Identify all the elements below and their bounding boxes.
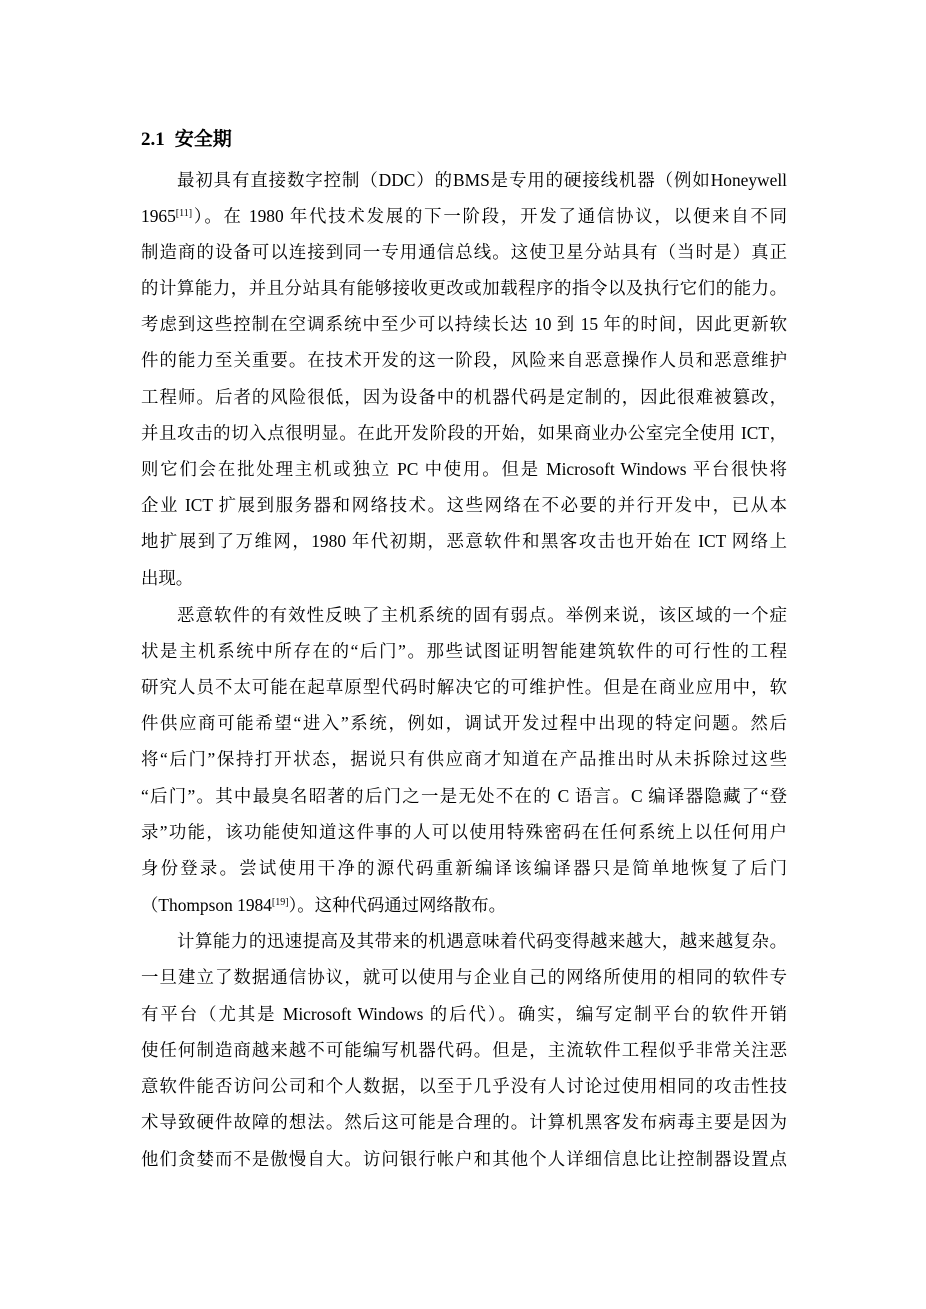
- paragraph-1-line-2: 1965[11]）。在 1980 年代技术发展的下一阶段，开发了通信协议，以便来…: [141, 198, 787, 234]
- paragraph-3-line-5: 意软件能否访问公司和个人数据，以至于几乎没有人讨论过使用相同的攻击性技: [141, 1068, 787, 1104]
- line-text: ）。在 1980 年代技术发展的下一阶段，开发了通信协议，以便来自不同: [192, 206, 787, 226]
- paragraph-1-line-8: 并且攻击的切入点很明显。在此开发阶段的开始，如果商业办公室完全使用 ICT，: [141, 415, 787, 451]
- paragraph-1-line-4: 的计算能力，并且分站具有能够接收更改或加载程序的指令以及执行它们的能力。: [141, 270, 787, 306]
- paragraph-1-line-5: 考虑到这些控制在空调系统中至少可以持续长达 10 到 15 年的时间，因此更新软: [141, 306, 787, 342]
- paragraph-1-line-11: 地扩展到了万维网，1980 年代初期，恶意软件和黑客攻击也开始在 ICT 网络上: [141, 523, 787, 559]
- paragraph-1-line-1: 最初具有直接数字控制（DDC）的BMS是专用的硬接线机器（例如Honeywell: [177, 162, 787, 198]
- paragraph-2-line-5: 将“后门”保持打开状态，据说只有供应商才知道在产品推出时从未拆除过这些: [141, 741, 787, 777]
- paragraph-2-line-6: “后门”。其中最臭名昭著的后门之一是无处不在的 C 语言。C 编译器隐藏了“登: [141, 778, 787, 814]
- paragraph-2-line-1: 恶意软件的有效性反映了主机系统的固有弱点。举例来说，该区域的一个症: [177, 597, 787, 633]
- paragraph-1-line-3: 制造商的设备可以连接到同一专用通信总线。这使卫星分站具有（当时是）真正: [141, 234, 787, 270]
- citation-ref-11: [11]: [176, 208, 192, 219]
- citation-author: （Thompson 1984: [141, 895, 272, 915]
- citation-ref-19: [19]: [272, 897, 289, 908]
- paragraph-3-line-7: 他们贪婪而不是傲慢自大。访问银行帐户和其他个人详细信息比让控制器设置点: [141, 1141, 787, 1177]
- paragraph-1-line-7: 工程师。后者的风险很低，因为设备中的机器代码是定制的，因此很难被篡改，: [141, 379, 787, 415]
- paragraph-2-line-2: 状是主机系统中所存在的“后门”。那些试图证明智能建筑软件的可行性的工程: [141, 633, 787, 669]
- paragraph-1-line-10: 企业 ICT 扩展到服务器和网络技术。这些网络在不必要的并行开发中，已从本: [141, 487, 787, 523]
- paragraph-2-line-9: （Thompson 1984[19]）。这种代码通过网络散布。: [141, 887, 787, 923]
- section-number: 2.1: [141, 129, 165, 150]
- paragraph-2-line-4: 件供应商可能希望“进入”系统，例如，调试开发过程中出现的特定问题。然后: [141, 705, 787, 741]
- section-heading: 2.1安全期: [141, 124, 232, 151]
- paragraph-1-line-9: 则它们会在批处理主机或独立 PC 中使用。但是 Microsoft Window…: [141, 451, 787, 487]
- paragraph-1-line-6: 件的能力至关重要。在技术开发的这一阶段，风险来自恶意操作人员和恶意维护: [141, 342, 787, 378]
- paragraph-3-line-6: 术导致硬件故障的想法。然后这可能是合理的。计算机黑客发布病毒主要是因为: [141, 1104, 787, 1140]
- citation-year: 1965: [141, 206, 176, 226]
- paragraph-2-line-8: 身份登录。尝试使用干净的源代码重新编译该编译器只是简单地恢复了后门: [141, 850, 787, 886]
- paragraph-2-line-3: 研究人员不太可能在起草原型代码时解决它的可维护性。但是在商业应用中，软: [141, 669, 787, 705]
- paragraph-3-line-3: 有平台（尤其是 Microsoft Windows 的后代）。确实，编写定制平台…: [141, 996, 787, 1032]
- paragraph-1-line-12: 出现。: [141, 560, 787, 596]
- line-text: ）。这种代码通过网络散布。: [289, 895, 506, 915]
- section-title: 安全期: [175, 129, 232, 150]
- paragraph-3-line-2: 一旦建立了数据通信协议，就可以使用与企业自己的网络所使用的相同的软件专: [141, 959, 787, 995]
- paragraph-3-line-4: 使任何制造商越来越不可能编写机器代码。但是，主流软件工程似乎非常关注恶: [141, 1032, 787, 1068]
- paragraph-3-line-1: 计算能力的迅速提高及其带来的机遇意味着代码变得越来越大，越来越复杂。: [177, 923, 787, 959]
- paragraph-2-line-7: 录”功能，该功能使知道这件事的人可以使用特殊密码在任何系统上以任何用户: [141, 814, 787, 850]
